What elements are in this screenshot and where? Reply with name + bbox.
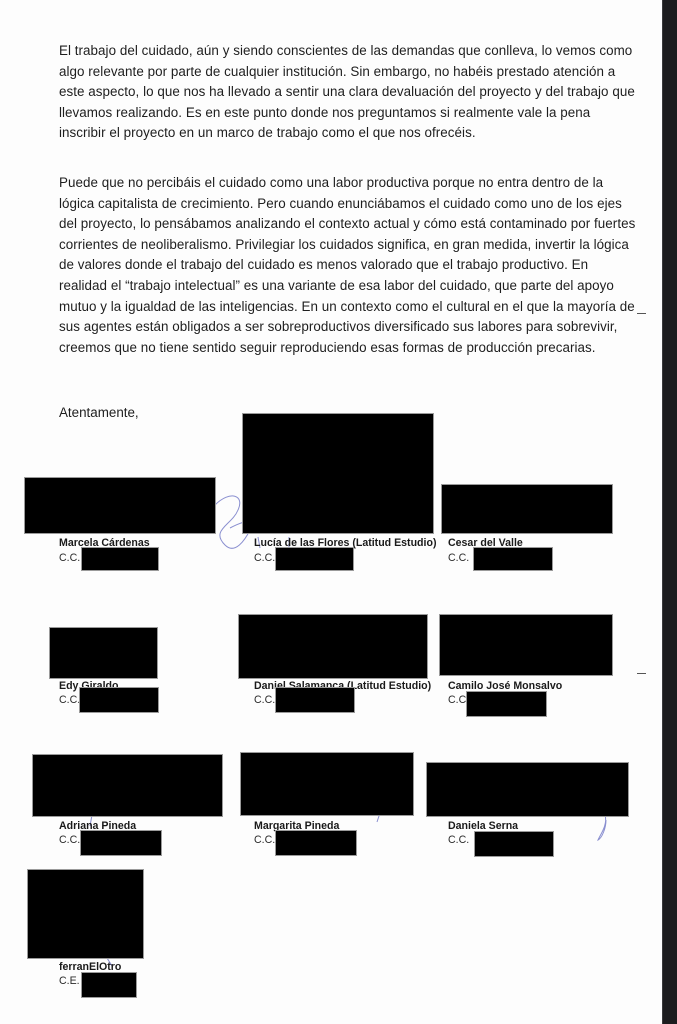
signatory-name: Daniela Serna	[448, 820, 518, 832]
signatory-id-label: C.E.	[59, 975, 80, 987]
signatory-id-label: C.C.	[254, 834, 275, 846]
id-redaction	[276, 548, 353, 570]
id-redaction	[467, 692, 546, 716]
signatory-id-label: C.C.	[448, 694, 469, 706]
signatory-id-label: C.C.	[448, 552, 469, 564]
signature-redaction	[427, 763, 628, 816]
signature-redaction	[440, 615, 612, 675]
paragraph-1: El trabajo del cuidado, aún y siendo con…	[59, 41, 639, 144]
signature-redaction	[50, 628, 157, 678]
id-redaction	[475, 832, 553, 856]
signature-redaction	[33, 755, 222, 816]
id-redaction	[82, 548, 158, 570]
signature-redaction	[243, 414, 433, 533]
signatory-id-label: C.C.	[59, 834, 80, 846]
signatory-id-label: C.C.	[448, 834, 469, 846]
document-page: El trabajo del cuidado, aún y siendo con…	[0, 0, 662, 1024]
id-redaction	[276, 688, 354, 712]
closing-salutation: Atentamente,	[59, 405, 139, 420]
margin-mark	[637, 673, 646, 674]
id-redaction	[81, 831, 161, 855]
signature-redaction	[239, 615, 427, 678]
signature-redaction	[25, 478, 215, 533]
viewer-edge-strip	[662, 0, 677, 1024]
paragraph-2: Puede que no percibáis el cuidado como u…	[59, 173, 639, 358]
signature-redaction	[28, 870, 143, 958]
signatory-id-label: C.C.	[254, 694, 275, 706]
id-redaction	[82, 973, 136, 997]
signatory-id-label: C.C.	[254, 552, 275, 564]
id-redaction	[276, 831, 356, 855]
signatory-name: ferranElOtro	[59, 961, 121, 973]
margin-mark	[637, 313, 646, 314]
signatory-name: Camilo José Monsalvo	[448, 680, 562, 692]
id-redaction	[80, 688, 158, 712]
signature-redaction	[241, 753, 413, 815]
id-redaction	[474, 548, 552, 570]
signature-redaction	[442, 485, 612, 533]
signatory-id-label: C.C.	[59, 552, 80, 564]
signatory-id-label: C.C.	[59, 694, 80, 706]
